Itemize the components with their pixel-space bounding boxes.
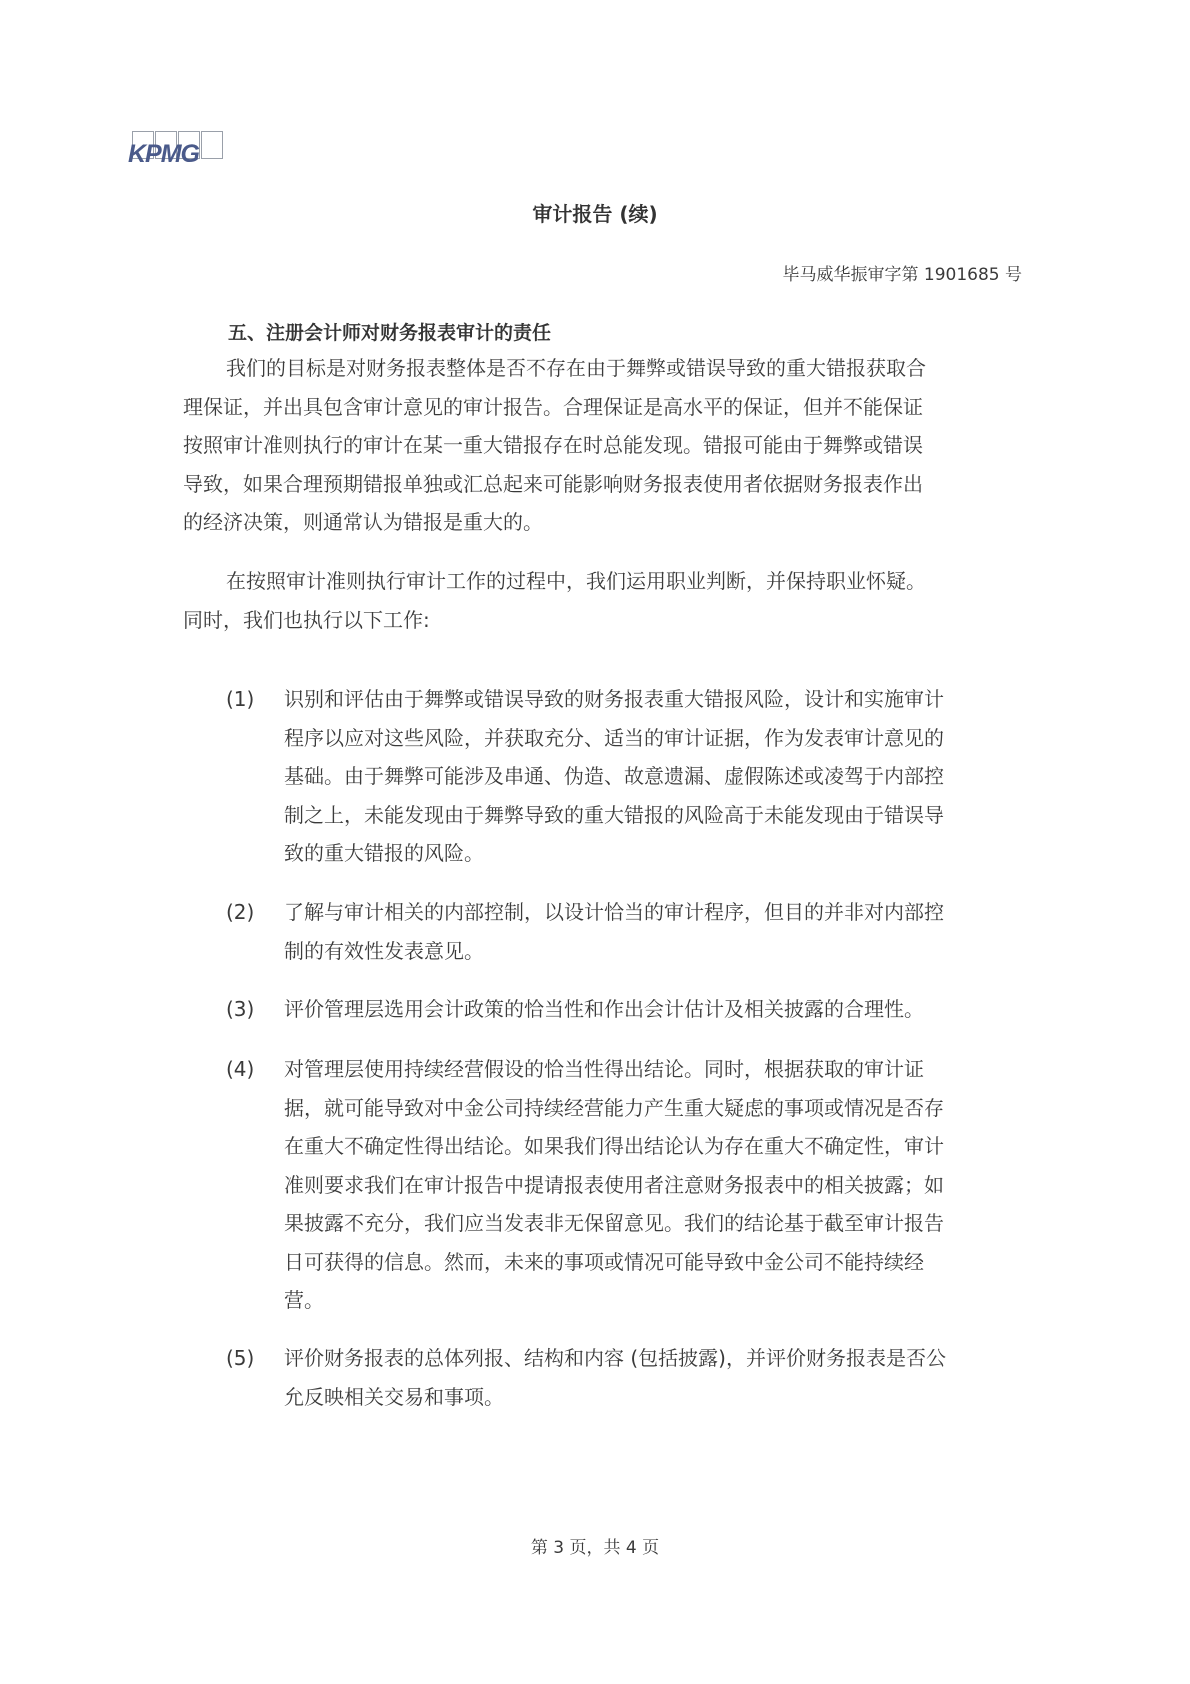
paragraph-objective: 我们的目标是对财务报表整体是否不存在由于舞弊或错误导致的重大错报获取合 理保证，… bbox=[183, 349, 1023, 542]
list-item-line: 据，就可能导致对中金公司持续经营能力产生重大疑虑的事项或情况是否存 bbox=[284, 1089, 1024, 1128]
list-item-line: 果披露不充分，我们应当发表非无保留意见。我们的结论基于截至审计报告 bbox=[284, 1204, 1024, 1243]
list-item-line: 制的有效性发表意见。 bbox=[284, 932, 1024, 971]
list-item-line: 营。 bbox=[284, 1281, 1024, 1320]
list-item-line: 准则要求我们在审计报告中提请报表使用者注意财务报表中的相关披露；如 bbox=[284, 1166, 1024, 1205]
paragraph-line: 我们的目标是对财务报表整体是否不存在由于舞弊或错误导致的重大错报获取合 bbox=[183, 349, 1023, 388]
paragraph-procedures-intro: 在按照审计准则执行审计工作的过程中，我们运用职业判断，并保持职业怀疑。 同时，我… bbox=[183, 562, 1023, 639]
list-item-number: (5) bbox=[226, 1339, 254, 1378]
list-item-line: 了解与审计相关的内部控制，以设计恰当的审计程序，但目的并非对内部控 bbox=[284, 893, 1024, 932]
paragraph-line: 同时，我们也执行以下工作: bbox=[183, 601, 1023, 640]
paragraph-line: 理保证，并出具包含审计意见的审计报告。合理保证是高水平的保证，但并不能保证 bbox=[183, 388, 1023, 427]
report-reference-number: 毕马威华振审字第 1901685 号 bbox=[782, 260, 1022, 285]
list-item-line: 基础。由于舞弊可能涉及串通、伪造、故意遗漏、虚假陈述或凌驾于内部控 bbox=[284, 757, 1024, 796]
list-item-line: 评价管理层选用会计政策的恰当性和作出会计估计及相关披露的合理性。 bbox=[284, 990, 1024, 1029]
list-item-line: 日可获得的信息。然而，未来的事项或情况可能导致中金公司不能持续经 bbox=[284, 1243, 1024, 1282]
list-item-line: 对管理层使用持续经营假设的恰当性得出结论。同时，根据获取的审计证 bbox=[284, 1050, 1024, 1089]
list-item-line: 允反映相关交易和事项。 bbox=[284, 1378, 1024, 1417]
list-item-number: (4) bbox=[226, 1050, 254, 1089]
list-item-number: (2) bbox=[226, 893, 254, 932]
list-item-line: 致的重大错报的风险。 bbox=[284, 834, 1024, 873]
page-indicator: 第 3 页，共 4 页 bbox=[0, 1533, 1190, 1558]
paragraph-line: 导致，如果合理预期错报单独或汇总起来可能影响财务报表使用者依据财务报表作出 bbox=[183, 465, 1023, 504]
logo-text: KPMG bbox=[128, 140, 199, 169]
list-item-line: 评价财务报表的总体列报、结构和内容 (包括披露)，并评价财务报表是否公 bbox=[284, 1339, 1024, 1378]
list-item-number: (1) bbox=[226, 680, 254, 719]
kpmg-logo: KPMG bbox=[128, 128, 218, 172]
paragraph-line: 按照审计准则执行的审计在某一重大错报存在时总能发现。错报可能由于舞弊或错误 bbox=[183, 426, 1023, 465]
list-item-line: 识别和评估由于舞弊或错误导致的财务报表重大错报风险，设计和实施审计 bbox=[284, 680, 1024, 719]
report-title: 审计报告 (续) bbox=[0, 198, 1190, 227]
paragraph-line: 的经济决策，则通常认为错报是重大的。 bbox=[183, 503, 1023, 542]
list-item-number: (3) bbox=[226, 990, 254, 1029]
list-item-line: 制之上，未能发现由于舞弊导致的重大错报的风险高于未能发现由于错误导 bbox=[284, 796, 1024, 835]
list-item-line: 程序以应对这些风险，并获取充分、适当的审计证据，作为发表审计意见的 bbox=[284, 719, 1024, 758]
paragraph-line: 在按照审计准则执行审计工作的过程中，我们运用职业判断，并保持职业怀疑。 bbox=[183, 562, 1023, 601]
section-heading: 五、注册会计师对财务报表审计的责任 bbox=[228, 318, 551, 345]
list-item-line: 在重大不确定性得出结论。如果我们得出结论认为存在重大不确定性，审计 bbox=[284, 1127, 1024, 1166]
